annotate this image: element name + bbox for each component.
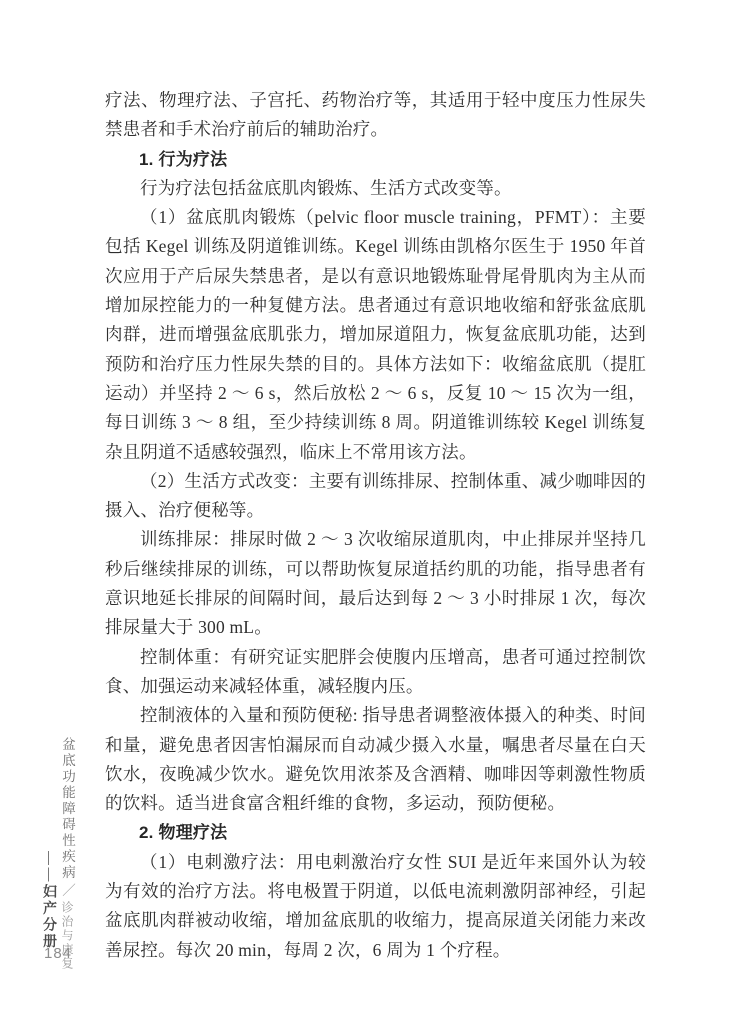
paragraph-pfmt: （1）盆底肌肉锻炼（pelvic floor muscle training，P… [105,203,646,467]
paragraph-electrical-stimulation: （1）电刺激疗法：用电刺激治疗女性 SUI 是近年来国外认为较为有效的治疗方法。… [105,848,646,965]
volume-dash: —— [42,851,58,884]
series-separator: ／ [60,883,75,899]
series-title-text: 盆底功能障碍性疾病 [60,737,75,881]
book-volume-title: ——妇产分册 [40,851,60,950]
book-series-title: 盆底功能障碍性疾病／诊治与康复 [57,737,77,971]
book-page: 疗法、物理疗法、子宫托、药物治疗等，其适用于轻中度压力性尿失禁患者和手术治疗前后… [0,0,730,1020]
volume-title-text: 妇产分册 [42,884,58,950]
page-number: 184 [44,945,72,962]
section-heading-physical-therapy: 2. 物理疗法 [105,818,646,847]
paragraph-fluid-control: 控制液体的入量和预防便秘: 指导患者调整液体摄入的种类、时间和量，避免患者因害怕… [105,701,646,818]
paragraph-bladder-training: 训练排尿：排尿时做 2 ～ 3 次收缩尿道肌肉，中止排尿并坚持几秒后继续排尿的训… [105,525,646,642]
paragraph-intro-continuation: 疗法、物理疗法、子宫托、药物治疗等，其适用于轻中度压力性尿失禁患者和手术治疗前后… [105,86,646,145]
page-content: 疗法、物理疗法、子宫托、药物治疗等，其适用于轻中度压力性尿失禁患者和手术治疗前后… [105,86,646,965]
paragraph-lifestyle-change: （2）生活方式改变：主要有训练排尿、控制体重、减少咖啡因的摄入、治疗便秘等。 [105,467,646,526]
section-heading-behavior-therapy: 1. 行为疗法 [105,145,646,174]
paragraph-behavior-overview: 行为疗法包括盆底肌肉锻炼、生活方式改变等。 [105,174,646,203]
paragraph-weight-control: 控制体重：有研究证实肥胖会使腹内压增高，患者可通过控制饮食、加强运动来减轻体重，… [105,643,646,702]
